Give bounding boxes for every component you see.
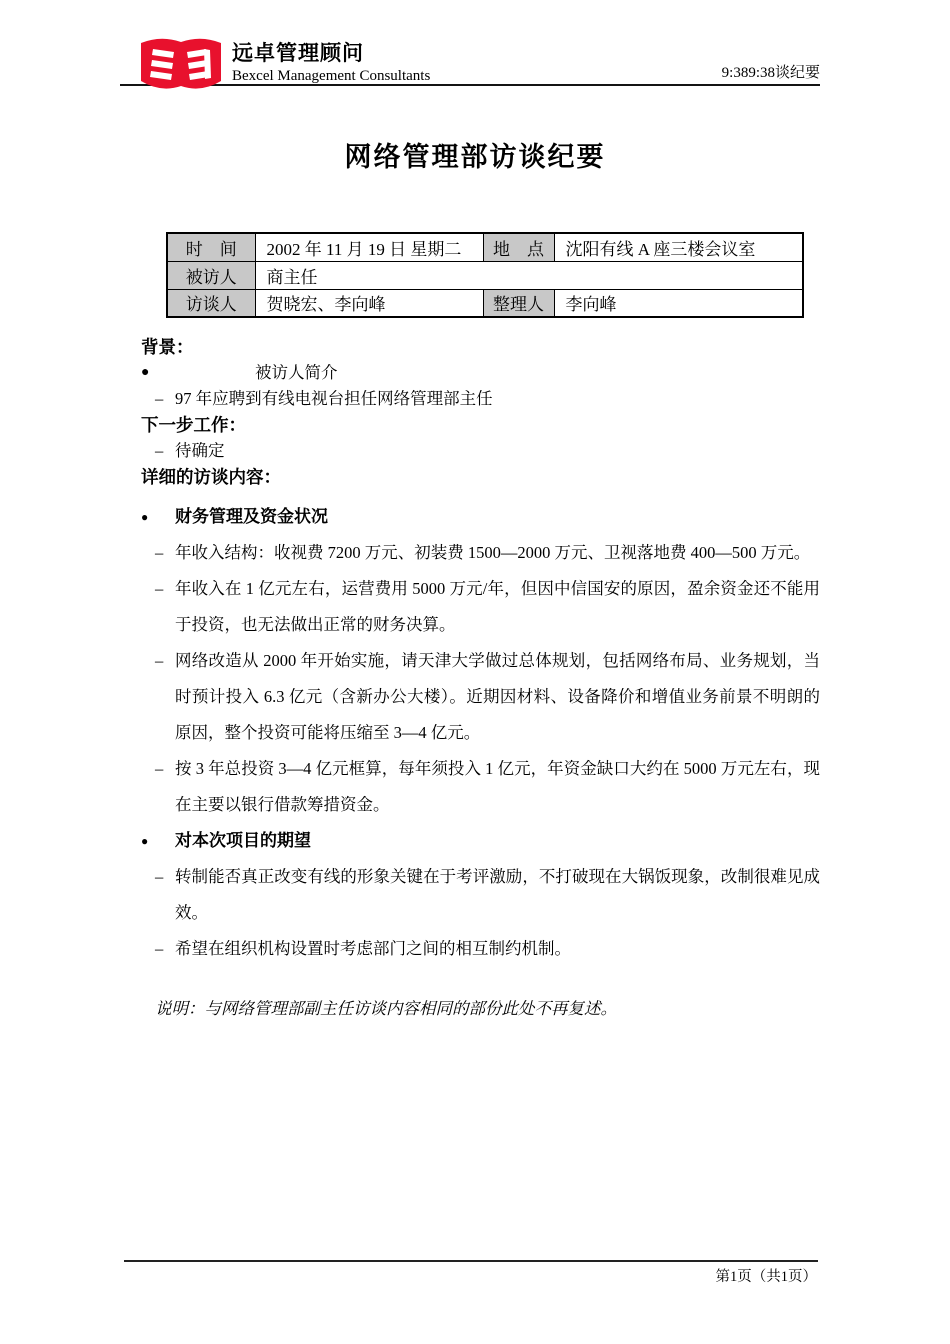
organizer-label: 整理人 (483, 289, 554, 317)
time-value: 2002 年 11 月 19 日 星期二 (255, 233, 483, 261)
list-item: – 按 3 年总投资 3—4 亿元框算，每年须投入 1 亿元，年资金缺口大约在 … (141, 751, 820, 823)
company-block: 远卓管理顾问 Bexcel Management Consultants (232, 40, 430, 85)
interviewee-label: 被访人 (167, 261, 255, 289)
header-doc-ref: 9:389:38谈纪要 (722, 61, 820, 82)
dash-marker: – (155, 438, 163, 464)
dash-marker: – (155, 931, 163, 967)
list-item-text: 转制能否真正改变有线的形象关键在于考评激励，不打破现在大锅饭现象，改制很难见成效… (175, 867, 820, 922)
list-item-text: 97 年应聘到有线电视台担任网络管理部主任 (175, 389, 493, 408)
dash-marker: – (155, 859, 163, 895)
time-label: 时 间 (167, 233, 255, 261)
page-footer: 第1页（共1页） (124, 1260, 818, 1286)
dash-marker: – (155, 386, 163, 412)
bullet-icon: ● (141, 360, 149, 386)
bullet-icon: ● (141, 823, 148, 859)
list-item-text: 希望在组织机构设置时考虑部门之间的相互制约机制。 (175, 939, 571, 958)
list-item-text: 被访人简介 (255, 363, 338, 382)
meta-table: 时 间 2002 年 11 月 19 日 星期二 地 点 沈阳有线 A 座三楼会… (166, 232, 804, 318)
dash-marker: – (155, 535, 163, 571)
dash-marker: – (155, 571, 163, 607)
page-number: 第1页（共1页） (124, 1262, 818, 1286)
dash-marker: – (155, 643, 163, 679)
topic-heading: ● 对本次项目的期望 (141, 823, 820, 859)
place-label: 地 点 (483, 233, 554, 261)
next-step-heading: 下一步工作： (141, 412, 820, 438)
document-page: 远卓管理顾问 Bexcel Management Consultants 9:3… (0, 0, 950, 1344)
place-value: 沈阳有线 A 座三楼会议室 (554, 233, 803, 261)
list-item-text: 按 3 年总投资 3—4 亿元框算，每年须投入 1 亿元，年资金缺口大约在 50… (175, 759, 820, 814)
table-row: 被访人 商主任 (167, 261, 803, 289)
list-item-text: 待确定 (175, 441, 225, 460)
list-item: – 97 年应聘到有线电视台担任网络管理部主任 (141, 386, 820, 412)
list-item: – 希望在组织机构设置时考虑部门之间的相互制约机制。 (141, 931, 820, 967)
list-item: – 年收入在 1 亿元左右，运营费用 5000 万元/年，但因中信国安的原因，盈… (141, 571, 820, 643)
list-item: – 网络改造从 2000 年开始实施，请天津大学做过总体规划，包括网络布局、业务… (141, 643, 820, 751)
company-name-en: Bexcel Management Consultants (232, 67, 430, 85)
list-item: – 转制能否真正改变有线的形象关键在于考评激励，不打破现在大锅饭现象，改制很难见… (141, 859, 820, 931)
interviewer-label: 访谈人 (167, 289, 255, 317)
topic-heading: ● 财务管理及资金状况 (141, 499, 820, 535)
company-name-cn: 远卓管理顾问 (232, 40, 430, 66)
page-header: 远卓管理顾问 Bexcel Management Consultants 9:3… (120, 0, 820, 86)
background-heading: 背景： (141, 334, 820, 360)
topic-heading-text: 财务管理及资金状况 (175, 507, 328, 526)
note-text: 说明：与网络管理部副主任访谈内容相同的部份此处不再复述。 (141, 994, 820, 1024)
dash-marker: – (155, 751, 163, 787)
interviewee-value: 商主任 (255, 261, 803, 289)
interviewer-value: 贺晓宏、李向峰 (255, 289, 483, 317)
list-item-text: 网络改造从 2000 年开始实施，请天津大学做过总体规划，包括网络布局、业务规划… (175, 651, 820, 742)
table-row: 访谈人 贺晓宏、李向峰 整理人 李向峰 (167, 289, 803, 317)
list-item: – 待确定 (141, 438, 820, 464)
page-title: 网络管理部访谈纪要 (0, 135, 950, 174)
organizer-value: 李向峰 (554, 289, 803, 317)
list-item: – 年收入结构：收视费 7200 万元、初装费 1500—2000 万元、卫视落… (141, 535, 820, 571)
list-item: ● 被访人简介 (141, 360, 820, 386)
document-body: 背景： ● 被访人简介 – 97 年应聘到有线电视台担任网络管理部主任 下一步工… (141, 334, 820, 1024)
list-item-text: 年收入结构：收视费 7200 万元、初装费 1500—2000 万元、卫视落地费… (175, 543, 810, 562)
detail-section: ● 财务管理及资金状况 – 年收入结构：收视费 7200 万元、初装费 1500… (141, 499, 820, 1024)
bullet-icon: ● (141, 499, 148, 535)
list-item-text: 年收入在 1 亿元左右，运营费用 5000 万元/年，但因中信国安的原因，盈余资… (175, 579, 820, 634)
topic-heading-text: 对本次项目的期望 (175, 831, 311, 850)
detail-heading: 详细的访谈内容： (141, 464, 820, 490)
bexcel-logo-icon (138, 36, 224, 94)
table-row: 时 间 2002 年 11 月 19 日 星期二 地 点 沈阳有线 A 座三楼会… (167, 233, 803, 261)
